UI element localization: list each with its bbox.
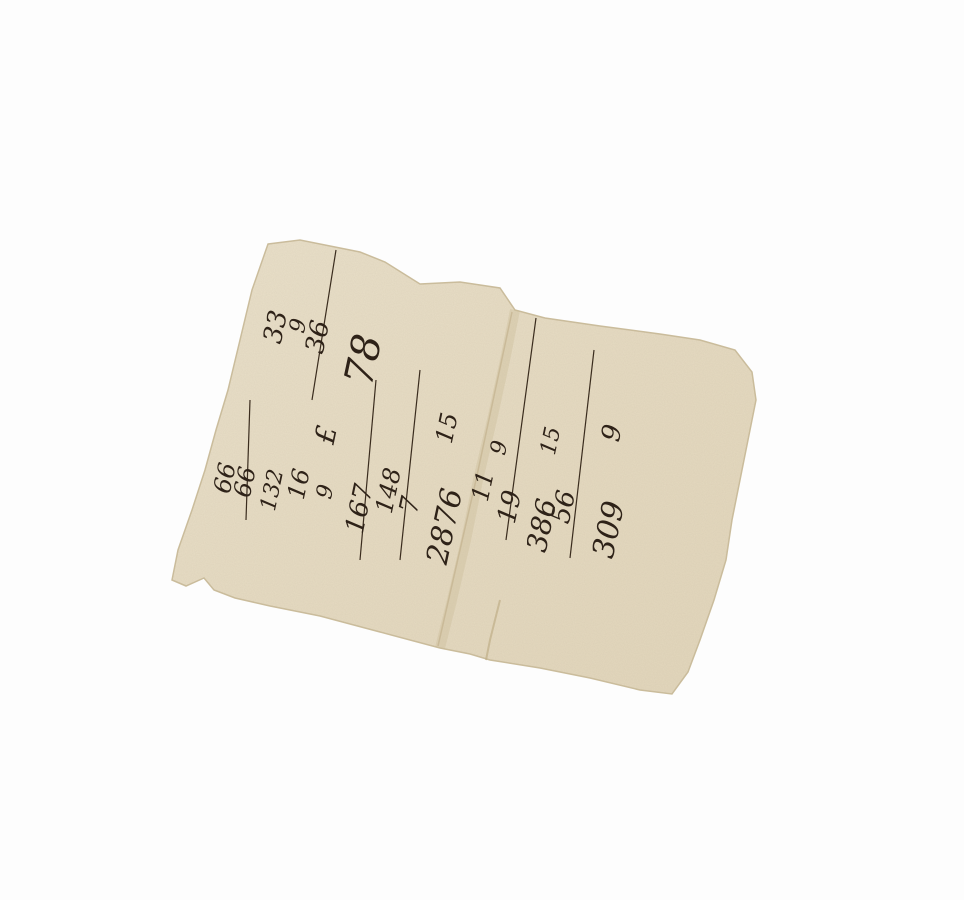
paper-scrap bbox=[0, 0, 964, 900]
photograph: 33 9 36 78 66 66 132 16 9 167 £ 148 7 28… bbox=[0, 0, 964, 900]
